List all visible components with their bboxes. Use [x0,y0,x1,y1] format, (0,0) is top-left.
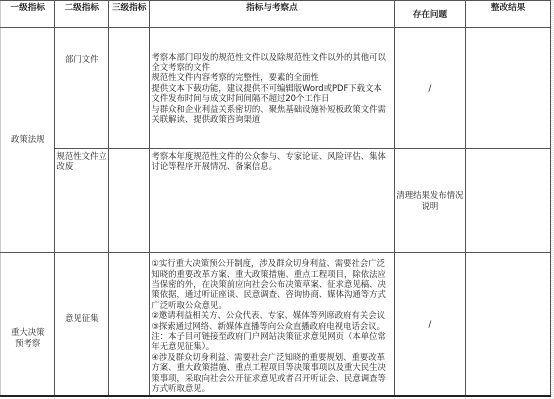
table-row: 政策法规 部门文件 考察本部门印发的规范性文件以及除规范性文件以外的其他可以全文… [1,28,551,149]
point-text: ①实行重大决策预公开制度，涉及群众切身利益、需要社会广泛知晓的重要改革方案、重大… [151,258,392,310]
table-header-row: 一级指标 二级指标 三级指标 指标与考察点 存在问题 整改结果 [1,1,551,28]
result-cell [466,28,551,149]
result-cell [466,253,551,396]
level2-cell: 意见征集 [55,253,108,396]
level1-cell: 重大决策预考察 [1,253,55,396]
points-cell: 考察本部门印发的规范性文件以及除规范性文件以外的其他可以全文考察的文件 规范性文… [150,28,394,149]
point-text: 注：本子目可链接至政府门户网站决策征求意见网页（本单位常年无意见征集）。 [151,331,392,352]
issue-cell: / [394,253,466,396]
points-cell: 考察本年度规范性文件的公众参与、专家论证、风险评估、集体讨论等程序开展情况、备案… [150,149,394,253]
level2-cell: 规范性文件立改废 [55,149,108,253]
point-text: ③探索通过网络、新媒体直播等向公众直播政府电视电话会议。 [151,321,392,331]
point-text: ②邀请利益相关方、公众代表、专家、媒体等列席政府有关会议 [151,310,392,320]
point-text: 考察本部门印发的规范性文件以及除规范性文件以外的其他可以全文考察的文件 [151,52,392,73]
level1-cell: 政策法规 [1,28,55,253]
level3-cell [108,28,149,149]
points-cell: ①实行重大决策预公开制度，涉及群众切身利益、需要社会广泛知晓的重要改革方案、重大… [150,253,394,396]
point-text: 规范性文件内容考察的完整性，要素的全面性 [151,72,392,82]
header-points: 指标与考察点 [150,1,394,28]
level3-cell [108,253,149,396]
evaluation-table: 一级指标 二级指标 三级指标 指标与考察点 存在问题 整改结果 政策法规 部门文… [0,0,551,397]
point-text: 与群众和企业利益关系密切的、聚焦基础设施补短板政策文件需关联解读、提供政策咨询渠… [151,104,392,125]
point-text: 提供文本下载功能，建议提供不可编辑版Word或PDF下载文本 [151,83,392,93]
header-issue: 存在问题 [394,1,466,28]
issue-cell: 清理结果发布情况说明 [394,149,466,253]
point-text: ④涉及群众切身利益、需要社会广泛知晓的重要规划、重要改革方案、重大政策措施、重点… [151,352,392,394]
header-result: 整改结果 [466,1,551,28]
result-cell [466,149,551,253]
point-text: 考察本年度规范性文件的公众参与、专家论证、风险评估、集体讨论等程序开展情况、备案… [151,151,392,172]
header-level1: 一级指标 [1,1,55,28]
table-row: 规范性文件立改废 考察本年度规范性文件的公众参与、专家论证、风险评估、集体讨论等… [1,149,551,253]
document-page: 一级指标 二级指标 三级指标 指标与考察点 存在问题 整改结果 政策法规 部门文… [0,0,554,399]
header-level3: 三级指标 [108,1,149,28]
level2-cell: 部门文件 [55,28,108,149]
header-level2: 二级指标 [55,1,108,28]
point-text: 文件发布时间与成文时间间隔不超过20个工作日 [151,93,392,103]
level3-cell [108,149,149,253]
issue-cell: / [394,28,466,149]
table-row: 重大决策预考察 意见征集 ①实行重大决策预公开制度，涉及群众切身利益、需要社会广… [1,253,551,396]
